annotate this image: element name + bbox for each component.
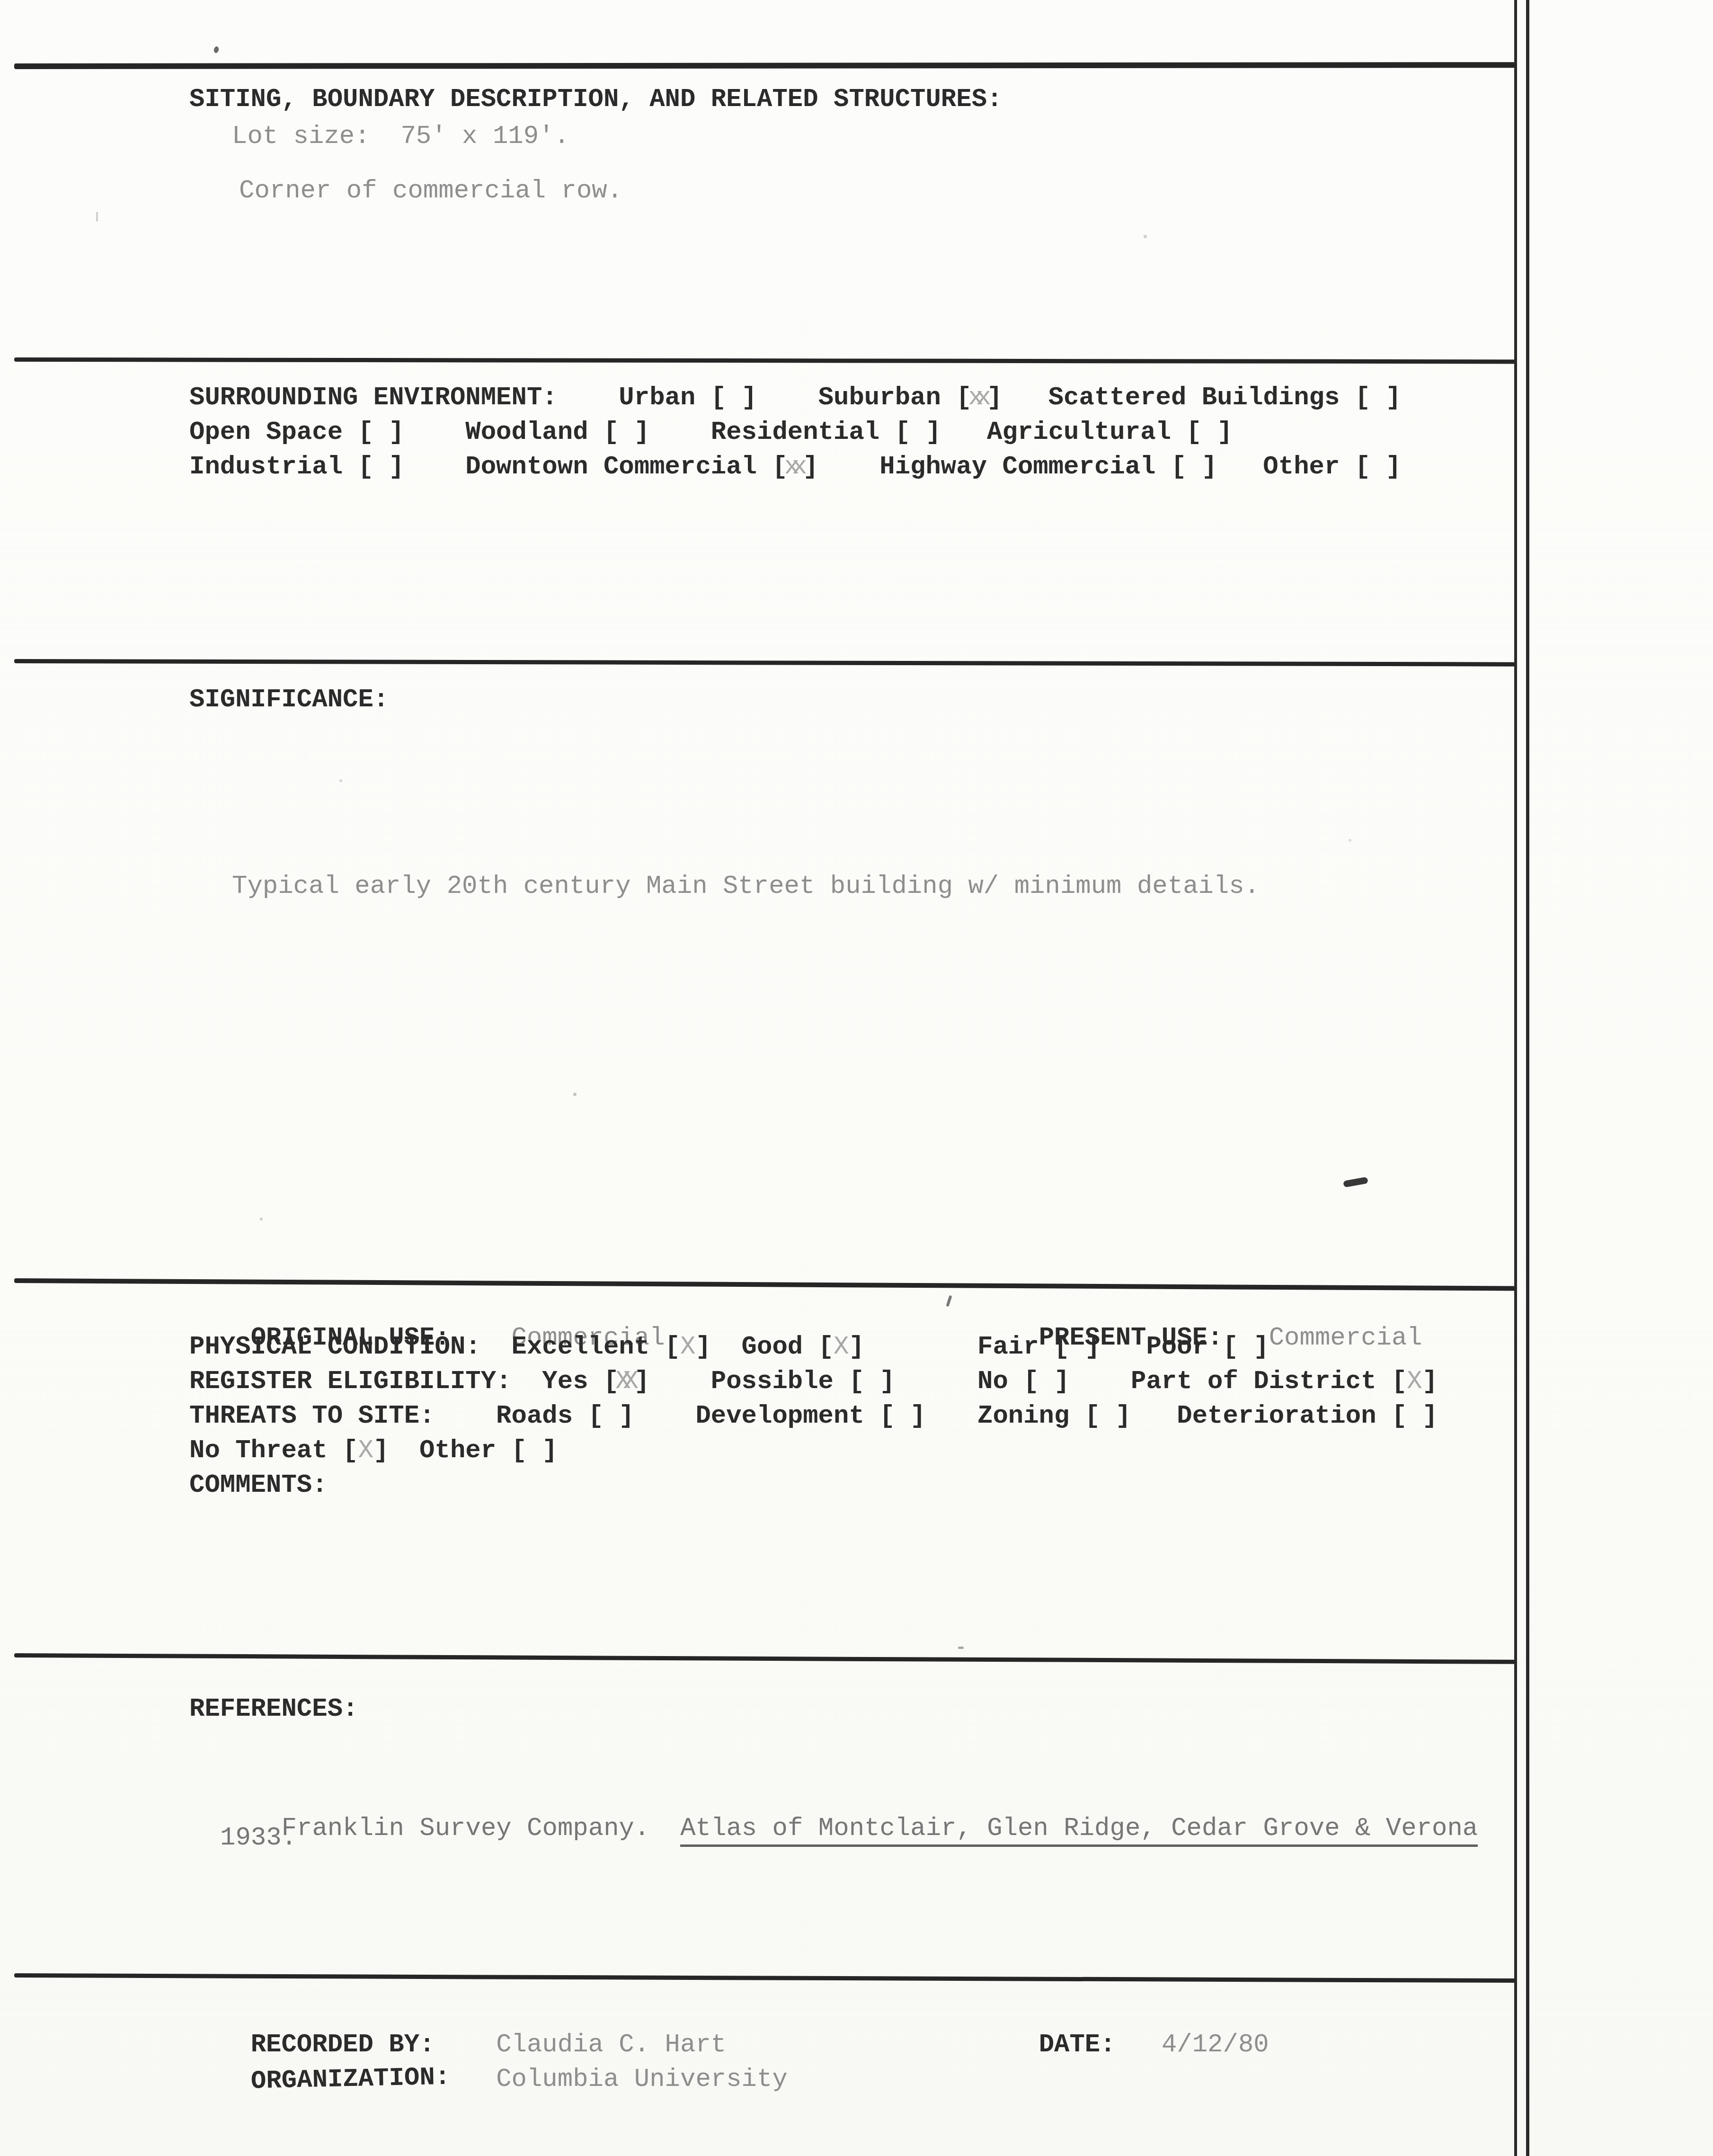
section-divider-use (14, 1278, 1516, 1291)
organization-label: ORGANIZATION: (250, 2065, 450, 2095)
checkbox-box: [xx] (772, 453, 818, 481)
checkbox-box: [ ] (1023, 1367, 1069, 1396)
checkbox-mark (910, 420, 925, 445)
checkbox-box: [ ] (1171, 453, 1217, 481)
checkbox-box: [ ] (849, 1367, 895, 1396)
scan-artifact-dash (1343, 1177, 1368, 1188)
threats-line-left: THREATS TO SITE: Roads [ ] Development [… (189, 1404, 925, 1429)
checkbox-box: [ ] (604, 418, 649, 447)
checkbox-mark: X (1407, 1369, 1422, 1395)
checkbox-label: Good (742, 1333, 803, 1362)
checkbox-box: [ ] (358, 453, 404, 481)
checkbox-label: Industrial (189, 453, 343, 481)
checkbox-mark (1202, 420, 1217, 445)
scanned-survey-form-page: SITING, BOUNDARY DESCRIPTION, AND RELATE… (0, 0, 1713, 2156)
register-eligibility-line-right: No [ ] Part of District [X] (977, 1369, 1438, 1395)
threats-to-site-label: THREATS TO SITE: (189, 1402, 435, 1431)
checkbox-box: [ ] (895, 418, 941, 447)
organization-line: ORGANIZATION: Columbia University (189, 2041, 788, 2118)
scan-artifact-tick (958, 1647, 964, 1649)
significance-entry: Typical early 20th century Main Street b… (232, 874, 1260, 900)
checkbox-mark (604, 1404, 619, 1429)
date-value: 4/12/80 (1162, 2031, 1269, 2059)
significance-heading: SIGNIFICANCE: (189, 687, 389, 713)
checkbox-box: [ ] (1355, 383, 1401, 412)
checkbox-mark (1069, 1335, 1084, 1360)
checkbox-mark (619, 420, 634, 445)
checkbox-label: Fair (977, 1333, 1039, 1362)
checkbox-box: [ ] (512, 1436, 558, 1465)
scan-artifact-dot (573, 1093, 577, 1096)
date-line: DATE: 4/12/80 (977, 2007, 1269, 2084)
checkbox-box: [ ] (358, 418, 404, 447)
checkbox-label: Possible (711, 1367, 834, 1396)
checkbox-mark (373, 420, 389, 445)
date-label: DATE: (1039, 2031, 1116, 2059)
surrounding-environment-label: SURROUNDING ENVIRONMENT: (189, 383, 558, 412)
checkbox-label: Other (419, 1436, 496, 1465)
checkbox-label: Excellent (512, 1333, 650, 1362)
section-divider-top (14, 62, 1516, 69)
checkbox-label: Development (695, 1402, 864, 1431)
checkbox-box: [ ] (879, 1402, 925, 1431)
physical-condition-line-left: PHYSICAL CONDITION: Excellent [X] Good [… (189, 1335, 864, 1360)
checkbox-label: Zoning (977, 1402, 1069, 1431)
scan-artifact-stray-quote (946, 1295, 952, 1307)
checkbox-box: [X] (818, 1333, 864, 1362)
checkbox-mark (726, 385, 741, 411)
checkbox-box: [X] (343, 1436, 389, 1465)
checkbox-mark: X (834, 1335, 849, 1360)
section-divider-references (14, 1653, 1516, 1664)
checkbox-mark (1370, 385, 1385, 411)
checkbox-label: Highway Commercial (879, 453, 1155, 481)
checkbox-label: Woodland (465, 418, 588, 447)
scan-artifact-dot (260, 1218, 263, 1221)
checkbox-mark: X (680, 1335, 695, 1360)
checkbox-box: [XX] (604, 1367, 649, 1396)
checkbox-mark (1039, 1369, 1054, 1395)
checkbox-box: [ ] (711, 383, 757, 412)
checkbox-box: [ ] (1085, 1402, 1131, 1431)
organization-value: Columbia University (496, 2065, 788, 2094)
checkbox-mark (1407, 1404, 1422, 1429)
checkbox-label: Suburban (818, 383, 941, 412)
checkbox-label: Yes (542, 1367, 588, 1396)
reference-title: Atlas of Montclair, Glen Ridge, Cedar Gr… (680, 1814, 1478, 1847)
checkbox-label: Residential (711, 418, 879, 447)
environment-row-3: Industrial [ ] Downtown Commercial [xx] … (189, 454, 1401, 480)
reference-year: 1933. (220, 1826, 297, 1851)
checkbox-label: No Threat (189, 1436, 328, 1465)
checkbox-box: [X] (665, 1333, 711, 1362)
checkbox-label: Deterioration (1177, 1402, 1376, 1431)
checkbox-box: [xx] (956, 383, 1002, 412)
scan-artifact-dot (339, 779, 342, 782)
checkbox-label: Part of District (1131, 1367, 1376, 1396)
scan-artifact-tick (96, 212, 98, 222)
scan-artifact-dot (1349, 839, 1351, 842)
checkbox-label: Open Space (189, 418, 343, 447)
checkbox-box: [ ] (1054, 1333, 1100, 1362)
checkbox-label: Scattered Buildings (1048, 383, 1340, 412)
comments-label: COMMENTS: (189, 1473, 328, 1498)
present-use-value: Commercial (1269, 1324, 1422, 1353)
page-edge-line-inner (1514, 0, 1517, 2156)
spacer (649, 1814, 680, 1843)
register-eligibility-label: REGISTER ELIGIBILITY: (189, 1367, 512, 1396)
checkbox-box: [ ] (1223, 1333, 1269, 1362)
spacer (450, 2065, 496, 2094)
checkbox-mark (1100, 1404, 1115, 1429)
reference-citation-line: Franklin Survey Company. Atlas of Montcl… (220, 1791, 1478, 1867)
checkbox-mark (527, 1438, 542, 1464)
physical-condition-label: PHYSICAL CONDITION: (189, 1333, 481, 1362)
checkbox-mark (864, 1369, 879, 1395)
section-divider-significance (14, 659, 1516, 667)
threats-line-right: Zoning [ ] Deterioration [ ] (977, 1404, 1438, 1429)
checkbox-mark: xx (784, 454, 799, 480)
reference-author: Franklin Survey Company. (282, 1814, 650, 1843)
checkbox-mark (895, 1404, 910, 1429)
checkbox-box: [ ] (1355, 453, 1401, 481)
checkbox-label: Agricultural (987, 418, 1171, 447)
checkbox-label: Poor (1146, 1333, 1207, 1362)
scan-artifact-dot (1144, 235, 1147, 238)
checkbox-label: Urban (619, 383, 695, 412)
environment-row-1: SURROUNDING ENVIRONMENT: Urban [ ] Subur… (189, 385, 1401, 411)
checkbox-box: [ ] (588, 1402, 634, 1431)
checkbox-mark (1370, 454, 1385, 480)
checkbox-label: No (977, 1367, 1008, 1396)
checkbox-label: Other (1263, 453, 1340, 481)
section-divider-recorded (14, 1973, 1516, 1983)
checkbox-label: Roads (496, 1402, 573, 1431)
checkbox-box: [X] (1392, 1367, 1438, 1396)
checkbox-label: Downtown Commercial (465, 453, 757, 481)
checkbox-mark (373, 454, 389, 480)
checkbox-box: [ ] (1186, 418, 1232, 447)
environment-row-2: Open Space [ ] Woodland [ ] Residential … (189, 420, 1233, 445)
lot-size-entry: Lot size: 75' x 119'. (232, 124, 569, 150)
page-edge-line-outer (1526, 0, 1529, 2156)
checkbox-mark: X (358, 1438, 373, 1464)
physical-condition-line-right: Fair [ ] Poor [ ] (977, 1335, 1269, 1360)
scan-artifact-apostrophe (213, 46, 219, 53)
siting-heading: SITING, BOUNDARY DESCRIPTION, AND RELATE… (189, 87, 1002, 113)
checkbox-mark (1238, 1335, 1253, 1360)
section-divider-environment (14, 357, 1516, 364)
references-heading: REFERENCES: (189, 1697, 358, 1722)
spacer (1116, 2031, 1162, 2059)
checkbox-mark: xx (968, 385, 984, 411)
checkbox-mark (1186, 454, 1201, 480)
register-eligibility-line-left: REGISTER ELIGIBILITY: Yes [XX] Possible … (189, 1369, 895, 1395)
threats-continued-line: No Threat [X] Other [ ] (189, 1438, 558, 1464)
checkbox-mark: XX (615, 1369, 630, 1395)
siting-note-entry: Corner of commercial row. (239, 178, 622, 204)
checkbox-box: [ ] (1392, 1402, 1438, 1431)
